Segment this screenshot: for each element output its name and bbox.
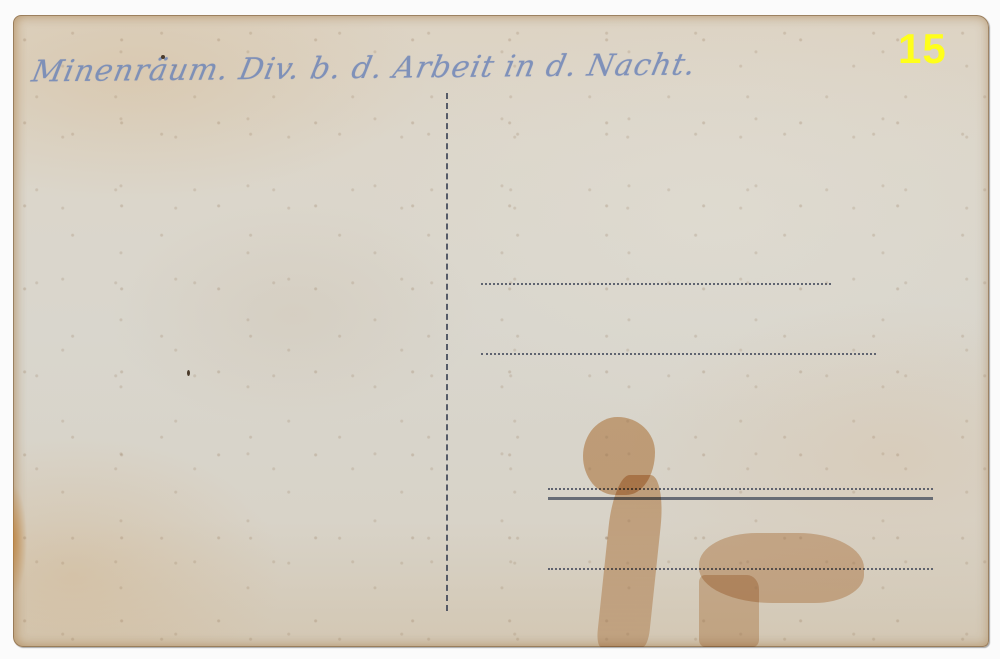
address-line-4 (548, 497, 933, 500)
water-stain-pool-tail (699, 575, 759, 647)
ink-speck (161, 55, 165, 59)
postcard-scan: Minenräum. Div. b. d. Arbeit in d. Nacht… (0, 0, 1000, 659)
handwritten-caption: Minenräum. Div. b. d. Arbeit in d. Nacht… (29, 48, 700, 90)
center-divider (446, 93, 448, 611)
page-number-label: 15 (898, 28, 947, 70)
address-line-1 (481, 283, 831, 285)
water-stain-drip (596, 475, 666, 647)
postcard-back: Minenräum. Div. b. d. Arbeit in d. Nacht… (13, 15, 989, 647)
edge-stain (13, 485, 29, 595)
address-line-2 (481, 353, 876, 355)
ink-speck (187, 370, 190, 376)
